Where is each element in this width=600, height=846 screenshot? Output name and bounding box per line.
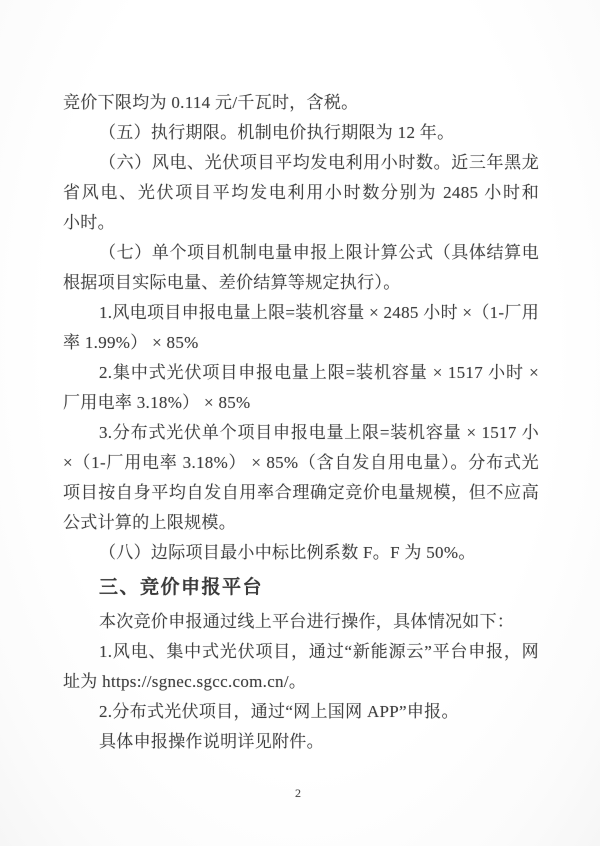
text-line: 省风电、光伏项目平均发电利用小时数分别为 2485 小时和 1517 — [63, 178, 539, 208]
text-line: ×（1-厂用电率 3.18%） × 85%（含自发自用电量）。分布式光伏 — [63, 448, 539, 478]
text-line: （七）单个项目机制电量申报上限计算公式（具体结算电量 — [63, 238, 539, 268]
text-line: （八）边际项目最小中标比例系数 F。F 为 50%。 — [63, 538, 539, 568]
section-heading: 三、竞价申报平台 — [63, 568, 539, 607]
document-content: 竞价下限均为 0.114 元/千瓦时，含税。（五）执行期限。机制电价执行期限为 … — [63, 88, 539, 757]
text-line: （六）风电、光伏项目平均发电利用小时数。近三年黑龙江 — [63, 148, 539, 178]
text-line: 项目按自身平均自发自用率合理确定竞价电量规模，但不应高于 — [63, 478, 539, 508]
text-line: 率 1.99%） × 85% — [63, 328, 539, 358]
text-line: 本次竞价申报通过线上平台进行操作，具体情况如下： — [63, 607, 539, 637]
text-line: 3.分布式光伏单个项目申报电量上限=装机容量 × 1517 小时 — [63, 418, 539, 448]
text-line: 小时。 — [63, 208, 539, 238]
document-page: 竞价下限均为 0.114 元/千瓦时，含税。（五）执行期限。机制电价执行期限为 … — [0, 0, 600, 846]
page-number: 2 — [0, 786, 596, 801]
text-line: 1.风电、集中式光伏项目，通过“新能源云”平台申报，网 — [63, 637, 539, 667]
text-line: 2.集中式光伏项目申报电量上限=装机容量 × 1517 小时 ×（1- — [63, 358, 539, 388]
text-line: 2.分布式光伏项目，通过“网上国网 APP”申报。 — [63, 697, 539, 727]
text-line: 竞价下限均为 0.114 元/千瓦时，含税。 — [63, 88, 539, 118]
text-line: 址为 https://sgnec.sgcc.com.cn/。 — [63, 667, 539, 697]
text-line: 厂用电率 3.18%） × 85% — [63, 388, 539, 418]
text-line: 具体申报操作说明详见附件。 — [63, 727, 539, 757]
text-line: 根据项目实际电量、差价结算等规定执行）。 — [63, 268, 539, 298]
text-line: 1.风电项目申报电量上限=装机容量 × 2485 小时 ×（1-厂用电 — [63, 298, 539, 328]
text-line: （五）执行期限。机制电价执行期限为 12 年。 — [63, 118, 539, 148]
text-line: 公式计算的上限规模。 — [63, 508, 539, 538]
